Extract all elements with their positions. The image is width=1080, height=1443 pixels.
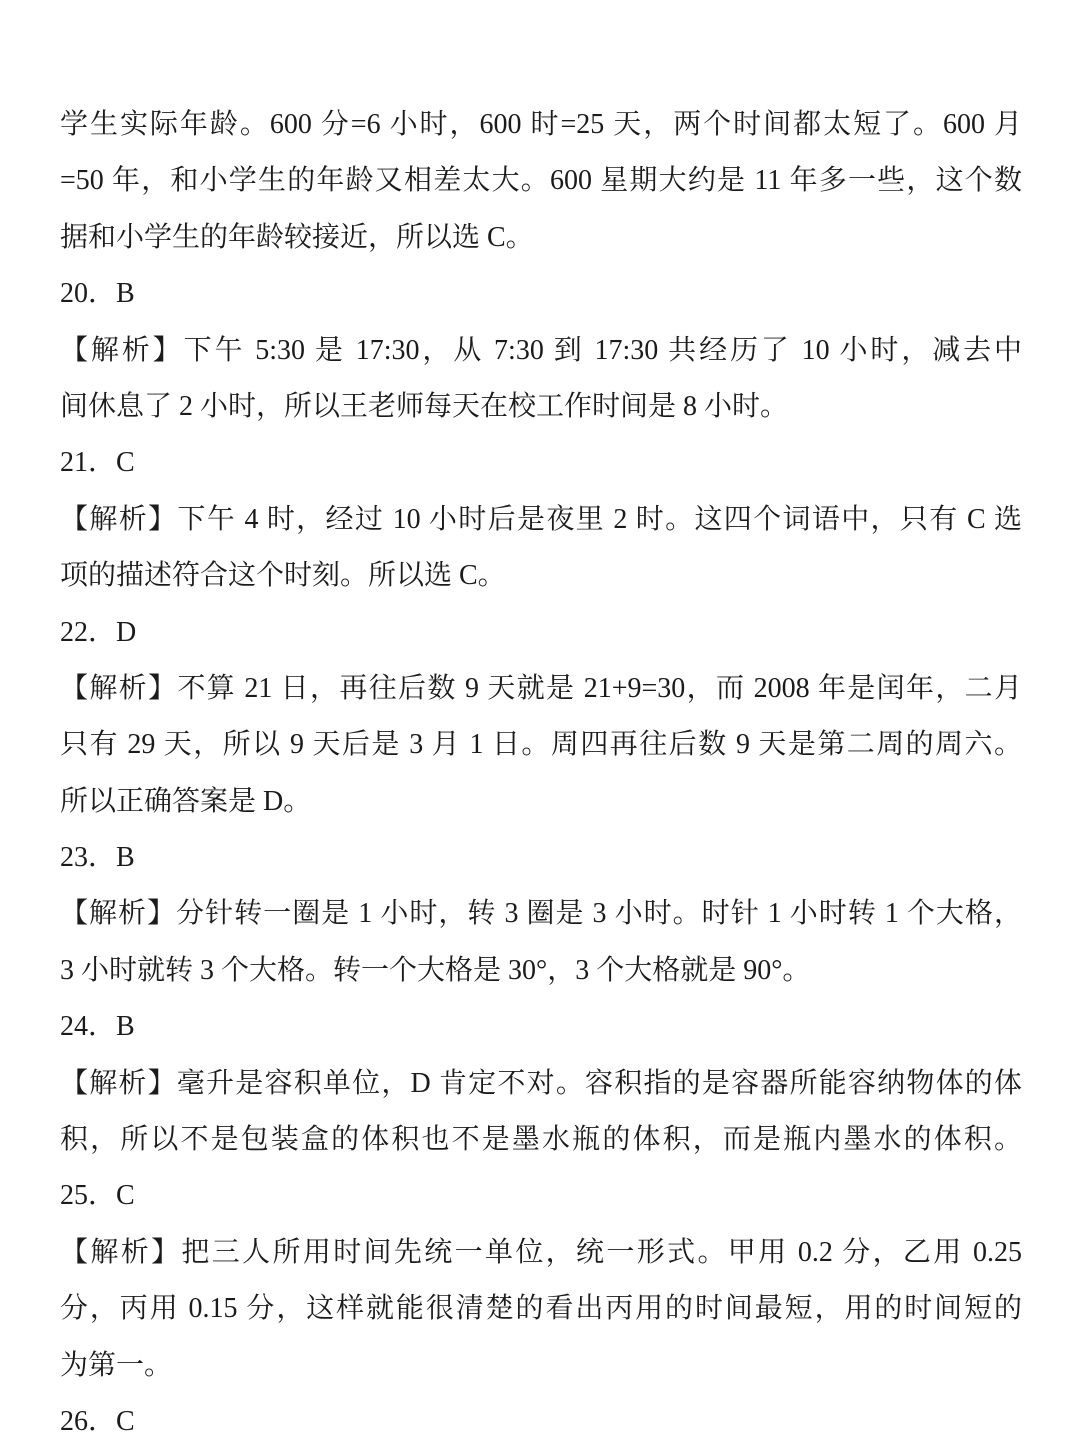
text-line: 【解析】下午 4 时，经过 10 小时后是夜里 2 时。这四个词语中，只有 C … (60, 492, 1022, 548)
text-line: 【解析】下午 5:30 是 17:30，从 7:30 到 17:30 共经历了 … (60, 323, 1022, 379)
text-line: 22．D (60, 605, 1022, 661)
text-line: 23．B (60, 830, 1022, 886)
text-line: 所以正确答案是 D。 (60, 774, 1022, 830)
text-line: 3 小时就转 3 个大格。转一个大格是 30°，3 个大格就是 90°。 (60, 943, 1022, 999)
text-line: 【解析】不算 21 日，再往后数 9 天就是 21+9=30，而 2008 年是… (60, 661, 1022, 717)
text-line: 【解析】把三人所用时间先统一单位，统一形式。甲用 0.2 分，乙用 0.25 (60, 1225, 1022, 1281)
text-line: 项的描述符合这个时刻。所以选 C。 (60, 548, 1022, 604)
text-line: 据和小学生的年龄较接近，所以选 C。 (60, 210, 1022, 266)
text-line: 20．B (60, 266, 1022, 322)
document-page: 学生实际年龄。600 分=6 小时，600 时=25 天，两个时间都太短了。60… (0, 0, 1080, 1443)
text-line: 24．B (60, 999, 1022, 1055)
text-line: 为第一。 (60, 1338, 1022, 1394)
text-line: 只有 29 天，所以 9 天后是 3 月 1 日。周四再往后数 9 天是第二周的… (60, 717, 1022, 773)
text-line: 学生实际年龄。600 分=6 小时，600 时=25 天，两个时间都太短了。60… (60, 97, 1022, 153)
text-line: 【解析】毫升是容积单位，D 肯定不对。容积指的是容器所能容纳物体的体 (60, 1056, 1022, 1112)
text-line: 25．C (60, 1168, 1022, 1224)
text-line: 积，所以不是包装盒的体积也不是墨水瓶的体积，而是瓶内墨水的体积。 (60, 1112, 1022, 1168)
text-line: 21．C (60, 435, 1022, 491)
text-line: 间休息了 2 小时，所以王老师每天在校工作时间是 8 小时。 (60, 379, 1022, 435)
document-lines: 学生实际年龄。600 分=6 小时，600 时=25 天，两个时间都太短了。60… (60, 97, 1022, 1443)
text-line: 26．C (60, 1394, 1022, 1443)
text-line: 【解析】分针转一圈是 1 小时，转 3 圈是 3 小时。时针 1 小时转 1 个… (60, 886, 1022, 942)
text-line: 分，丙用 0.15 分，这样就能很清楚的看出丙用的时间最短，用的时间短的 (60, 1281, 1022, 1337)
text-line: =50 年，和小学生的年龄又相差太大。600 星期大约是 11 年多一些，这个数 (60, 153, 1022, 209)
